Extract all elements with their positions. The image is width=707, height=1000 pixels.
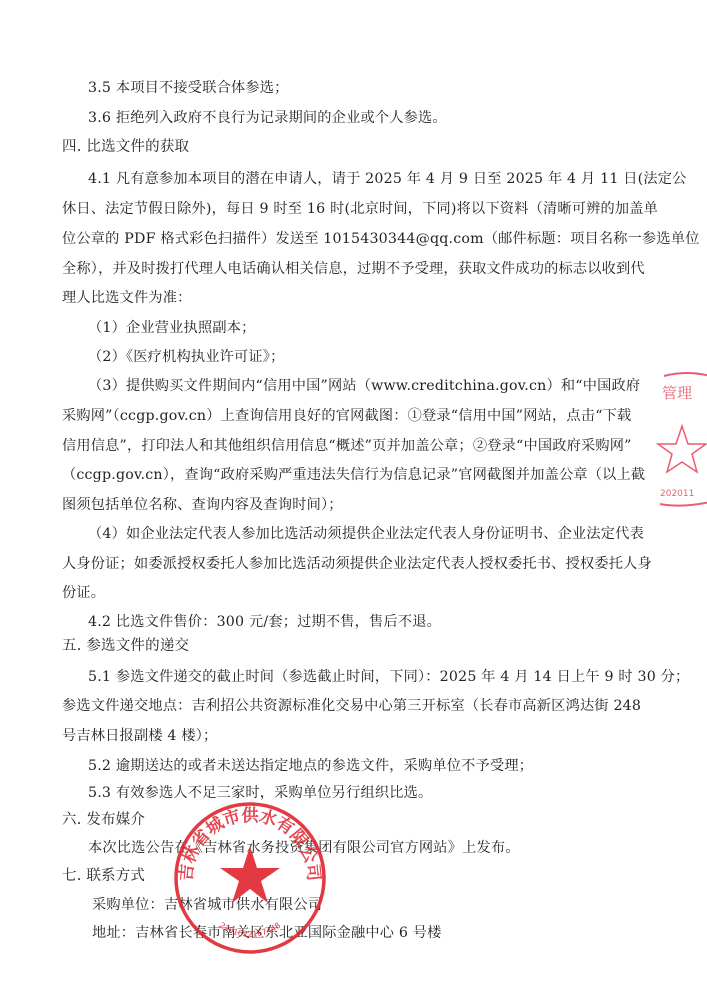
section-heading: 六. 发布媒介 (62, 810, 145, 830)
text-line: 图须包括单位名称、查询内容及查询时间）； (62, 495, 343, 515)
text-line: 参选文件递交地点：吉利招公共资源标准化交易中心第三开标室（长春市高新区鸿达街 2… (62, 696, 641, 716)
section-heading: 七. 联系方式 (62, 866, 145, 886)
text-line: 信用信息”，打印法人和其他组织信用信息“概述”页并加盖公章；②登录“中国政府采购… (62, 436, 632, 456)
text-line: （1）企业营业执照副本； (88, 318, 256, 338)
text-line: 3.5 本项目不接受联合体参选； (88, 78, 289, 98)
text-line: 号吉林日报副楼 4 楼）； (62, 726, 217, 746)
text-line: 4.1 凡有意参加本项目的潜在申请人，请于 2025 年 4 月 9 日至 20… (88, 169, 687, 189)
svg-text:管理: 管理 (662, 384, 692, 402)
company-seal-icon: 吉林省城市供水有限公司 2201022167448 (172, 800, 328, 956)
text-line: 5.1 参选文件递交的截止时间（参选截止时间，下同）：2025 年 4 月 14… (88, 667, 689, 687)
text-line: 4.2 比选文件售价：300 元/套；过期不售，售后不退。 (88, 612, 441, 632)
text-line: （2）《医疗机构执业许可证》； (88, 347, 284, 367)
text-line: （ccgp.gov.cn），查询“政府采购严重违法失信行为信息记录”官网截图并加… (62, 465, 645, 485)
text-line: 份证。 (62, 583, 105, 603)
text-line: 3.6 拒绝列入政府不良行为记录期间的企业或个人参选。 (88, 108, 447, 128)
text-line: 理人比选文件为准： (62, 288, 192, 308)
partial-seal-icon: 管理 202011 (652, 368, 707, 518)
text-line: 人身份证；如委派授权委托人参加比选活动须提供企业法定代表人授权委托书、授权委托人… (62, 554, 652, 574)
section-heading: 四. 比选文件的获取 (62, 137, 189, 157)
text-line: 5.2 逾期送达的或者未送达指定地点的参选文件，采购单位不予受理； (88, 756, 533, 776)
svg-text:202011: 202011 (660, 489, 694, 499)
text-line: （4）如企业法定代表人参加比选活动须提供企业法定代表人身份证明书、企业法定代表 (88, 524, 644, 544)
text-line: 全称），并及时拨打代理人电话确认相关信息，过期不予受理，获取文件成功的标志以收到… (62, 259, 645, 279)
svg-text:2201022167448: 2201022167448 (218, 921, 282, 939)
text-line: （3）提供购买文件期间内“信用中国”网站（www.creditchina.gov… (88, 376, 640, 396)
text-line: 休日、法定节假日除外)，每日 9 时至 16 时(北京时间，下同)将以下资料（清… (62, 199, 658, 219)
section-heading: 五. 参选文件的递交 (62, 636, 189, 656)
document-page: 3.5 本项目不接受联合体参选；3.6 拒绝列入政府不良行为记录期间的企业或个人… (0, 0, 707, 1000)
text-line: 位公章的 PDF 格式彩色扫描件）发送至 1015430344@qq.com（邮… (62, 229, 700, 249)
text-line: 采购网”（ccgp.gov.cn）上查询信用良好的官网截图：①登录“信用中国”网… (62, 406, 631, 426)
